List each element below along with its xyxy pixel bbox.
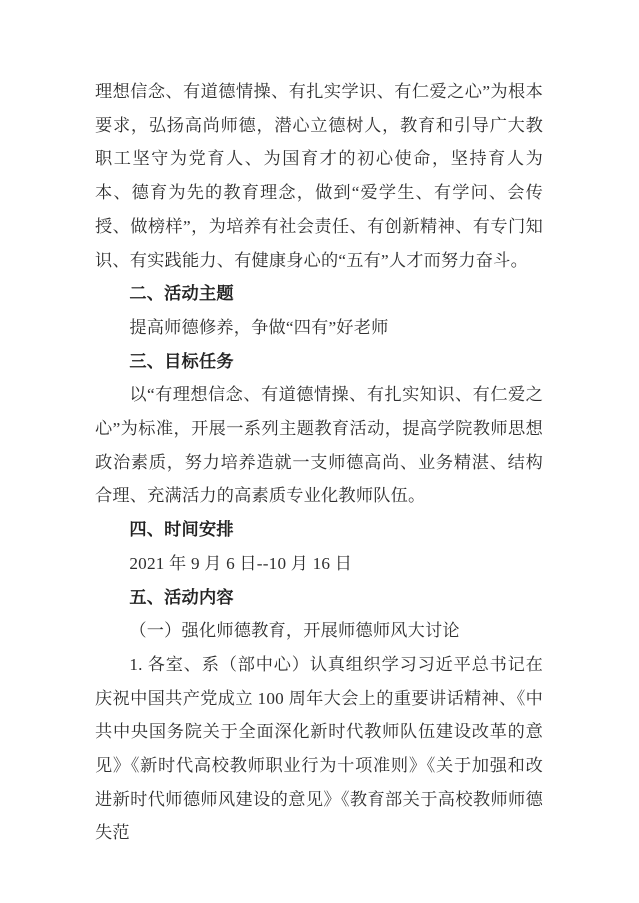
- paragraph: 2021 年 9 月 6 日--10 月 16 日: [95, 547, 543, 581]
- section-heading: 三、目标任务: [95, 345, 543, 379]
- document-content: 理想信念、有道德情操、有扎实学识、有仁爱之心”为根本要求，弘扬高尚师德，潜心立德…: [95, 75, 543, 850]
- paragraph: 提高师德修养，争做“四有”好老师: [95, 311, 543, 345]
- paragraph: 以“有理想信念、有道德情操、有扎实知识、有仁爱之心”为标准，开展一系列主题教育活…: [95, 378, 543, 513]
- sub-section-heading: （一）强化师德教育，开展师德师风大讨论: [95, 614, 543, 648]
- document-page: 理想信念、有道德情操、有扎实学识、有仁爱之心”为根本要求，弘扬高尚师德，潜心立德…: [0, 0, 639, 903]
- section-heading: 二、活动主题: [95, 277, 543, 311]
- paragraph: 1. 各室、系（部中心）认真组织学习习近平总书记在庆祝中国共产党成立 100 周…: [95, 648, 543, 850]
- section-heading: 四、时间安排: [95, 513, 543, 547]
- paragraph: 理想信念、有道德情操、有扎实学识、有仁爱之心”为根本要求，弘扬高尚师德，潜心立德…: [95, 75, 543, 277]
- section-heading: 五、活动内容: [95, 581, 543, 615]
